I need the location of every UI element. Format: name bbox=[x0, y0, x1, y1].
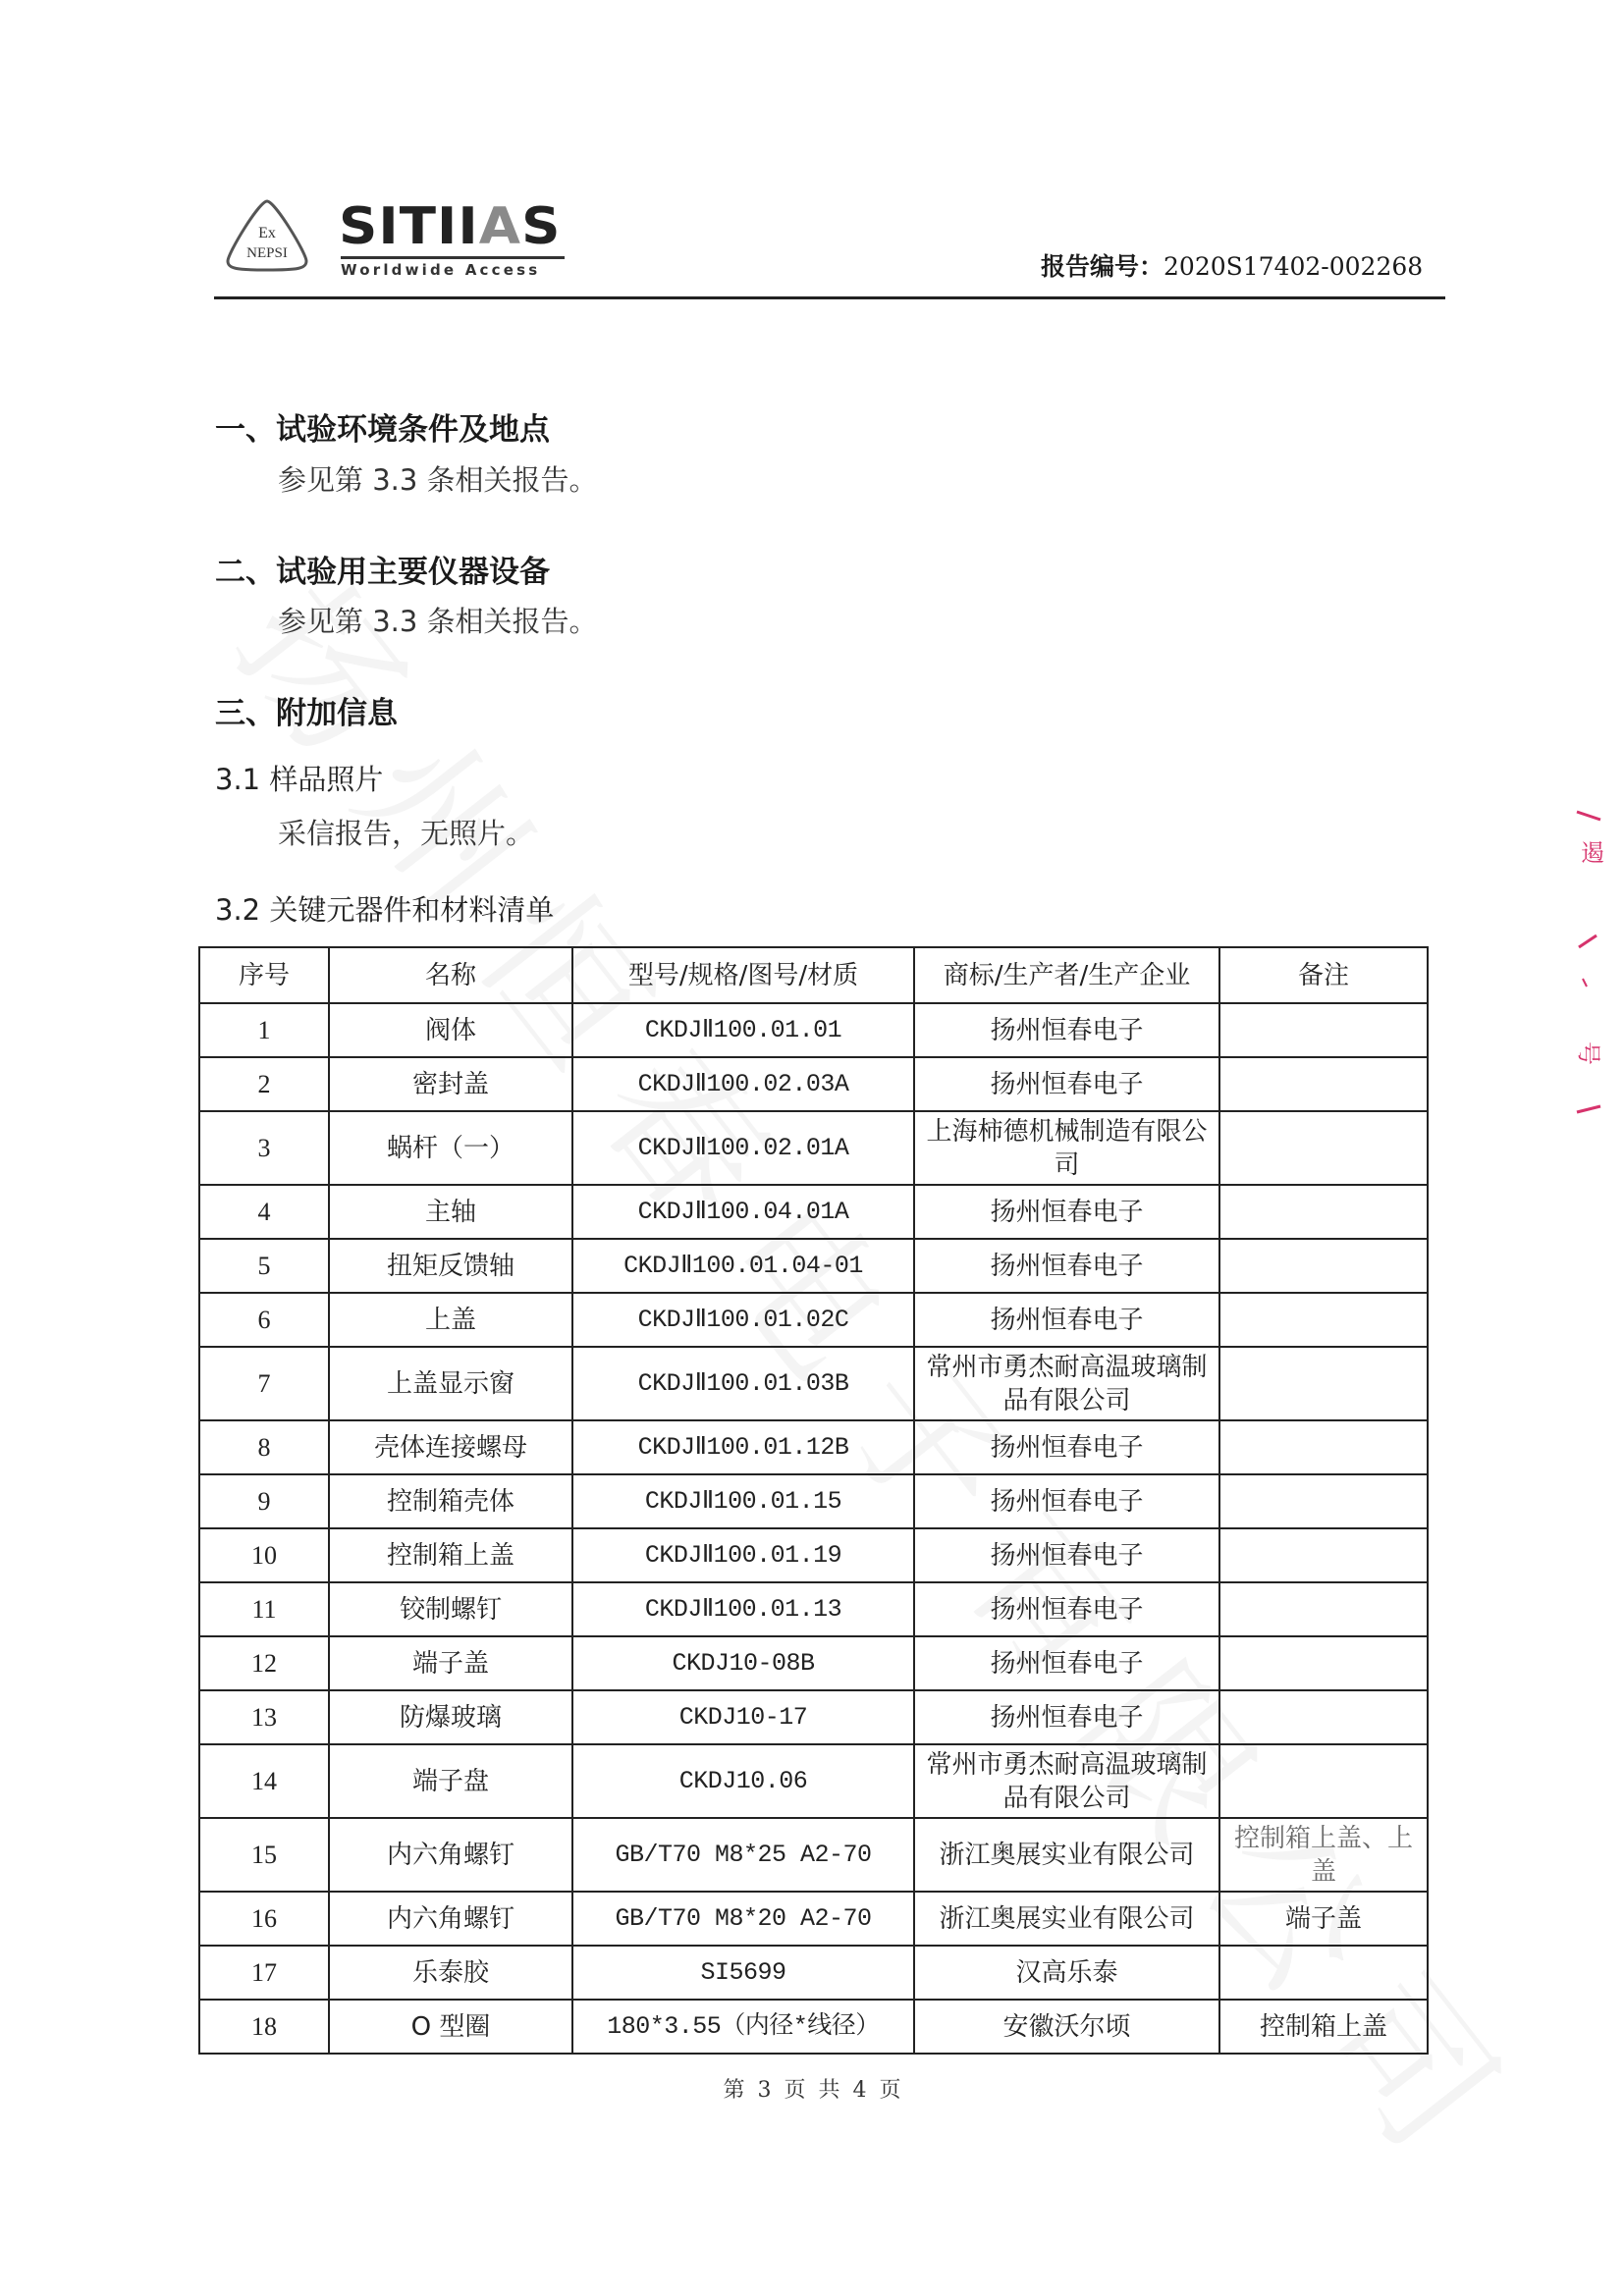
row-number: 18 bbox=[199, 2000, 329, 2054]
remarks bbox=[1219, 1582, 1428, 1636]
remarks bbox=[1219, 1420, 1428, 1474]
manufacturer: 汉高乐泰 bbox=[914, 1946, 1219, 2000]
row-number: 5 bbox=[199, 1239, 329, 1293]
report-number-value: 2020S17402-002268 bbox=[1164, 252, 1423, 281]
table-row: 1阀体CKDJⅡ100.01.01扬州恒春电子 bbox=[199, 1003, 1428, 1057]
model-spec: CKDJⅡ100.01.13 bbox=[572, 1582, 914, 1636]
svg-text:遏: 遏 bbox=[1581, 839, 1604, 867]
row-number: 13 bbox=[199, 1690, 329, 1744]
component-name: 控制箱上盖 bbox=[329, 1528, 572, 1582]
nepsi-ex-logo: Ex NEPSI bbox=[224, 198, 310, 273]
table-row: 11铰制螺钉CKDJⅡ100.01.13扬州恒春电子 bbox=[199, 1582, 1428, 1636]
component-name: O 型圈 bbox=[329, 2000, 572, 2054]
component-name: 主轴 bbox=[329, 1185, 572, 1239]
subsection-body-3-1: 采信报告，无照片。 bbox=[278, 812, 534, 852]
component-name: 壳体连接螺母 bbox=[329, 1420, 572, 1474]
key-components-table: 序号 名称 型号/规格/图号/材质 商标/生产者/生产企业 备注 1阀体CKDJ… bbox=[198, 946, 1429, 2055]
row-number: 10 bbox=[199, 1528, 329, 1582]
remarks: 控制箱上盖 bbox=[1219, 2000, 1428, 2054]
section-heading-3: 三、附加信息 bbox=[215, 688, 398, 732]
remarks bbox=[1219, 1946, 1428, 2000]
model-spec: CKDJ10-17 bbox=[572, 1690, 914, 1744]
row-number: 4 bbox=[199, 1185, 329, 1239]
manufacturer: 扬州恒春电子 bbox=[914, 1474, 1219, 1528]
col-header-note: 备注 bbox=[1219, 947, 1428, 1003]
row-number: 14 bbox=[199, 1744, 329, 1818]
manufacturer: 扬州恒春电子 bbox=[914, 1293, 1219, 1347]
remarks bbox=[1219, 1293, 1428, 1347]
row-number: 1 bbox=[199, 1003, 329, 1057]
table-row: 3蜗杆（一）CKDJⅡ100.02.01A上海柿德机械制造有限公司 bbox=[199, 1111, 1428, 1185]
component-name: 端子盖 bbox=[329, 1636, 572, 1690]
seal-stamp-mark: 遏 号 bbox=[1571, 800, 1610, 1124]
table-row: 9控制箱壳体CKDJⅡ100.01.15扬州恒春电子 bbox=[199, 1474, 1428, 1528]
model-spec: CKDJⅡ100.01.03B bbox=[572, 1347, 914, 1420]
table-header-row: 序号 名称 型号/规格/图号/材质 商标/生产者/生产企业 备注 bbox=[199, 947, 1428, 1003]
model-spec: GB/T70 M8*20 A2-70 bbox=[572, 1892, 914, 1946]
col-header-model: 型号/规格/图号/材质 bbox=[572, 947, 914, 1003]
row-number: 3 bbox=[199, 1111, 329, 1185]
remarks bbox=[1219, 1474, 1428, 1528]
header-divider bbox=[214, 296, 1445, 299]
table-row: 13防爆玻璃CKDJ10-17扬州恒春电子 bbox=[199, 1690, 1428, 1744]
page-footer: 第 3 页 共 4 页 bbox=[0, 2073, 1624, 2104]
table-row: 14端子盘CKDJ10.06常州市勇杰耐高温玻璃制品有限公司 bbox=[199, 1744, 1428, 1818]
manufacturer: 扬州恒春电子 bbox=[914, 1185, 1219, 1239]
manufacturer: 扬州恒春电子 bbox=[914, 1582, 1219, 1636]
sitiias-logo: SITIIAS Worldwide Access bbox=[339, 199, 569, 278]
manufacturer: 上海柿德机械制造有限公司 bbox=[914, 1111, 1219, 1185]
component-name: 端子盘 bbox=[329, 1744, 572, 1818]
model-spec: CKDJⅡ100.02.03A bbox=[572, 1057, 914, 1111]
section-heading-1: 一、试验环境条件及地点 bbox=[215, 404, 550, 449]
row-number: 16 bbox=[199, 1892, 329, 1946]
manufacturer: 扬州恒春电子 bbox=[914, 1420, 1219, 1474]
row-number: 15 bbox=[199, 1818, 329, 1892]
model-spec: CKDJⅡ100.01.19 bbox=[572, 1528, 914, 1582]
manufacturer: 安徽沃尔顷 bbox=[914, 2000, 1219, 2054]
section-body-2: 参见第 3.3 条相关报告。 bbox=[278, 600, 598, 640]
col-header-name: 名称 bbox=[329, 947, 572, 1003]
subsection-title-3-1: 3.1 样品照片 bbox=[215, 758, 383, 798]
component-name: 密封盖 bbox=[329, 1057, 572, 1111]
model-spec: CKDJⅡ100.01.01 bbox=[572, 1003, 914, 1057]
col-header-no: 序号 bbox=[199, 947, 329, 1003]
remarks bbox=[1219, 1636, 1428, 1690]
row-number: 2 bbox=[199, 1057, 329, 1111]
row-number: 6 bbox=[199, 1293, 329, 1347]
component-name: 防爆玻璃 bbox=[329, 1690, 572, 1744]
model-spec: 180*3.55（内径*线径） bbox=[572, 2000, 914, 2054]
table-row: 6上盖CKDJⅡ100.01.02C扬州恒春电子 bbox=[199, 1293, 1428, 1347]
manufacturer: 浙江奥展实业有限公司 bbox=[914, 1892, 1219, 1946]
row-number: 7 bbox=[199, 1347, 329, 1420]
col-header-maker: 商标/生产者/生产企业 bbox=[914, 947, 1219, 1003]
report-number-label: 报告编号： bbox=[1041, 252, 1164, 281]
remarks bbox=[1219, 1003, 1428, 1057]
svg-text:号: 号 bbox=[1575, 1041, 1602, 1065]
model-spec: CKDJⅡ100.02.01A bbox=[572, 1111, 914, 1185]
component-name: 上盖显示窗 bbox=[329, 1347, 572, 1420]
model-spec: CKDJⅡ100.01.04-01 bbox=[572, 1239, 914, 1293]
model-spec: CKDJⅡ100.04.01A bbox=[572, 1185, 914, 1239]
table-row: 2密封盖CKDJⅡ100.02.03A扬州恒春电子 bbox=[199, 1057, 1428, 1111]
model-spec: SI5699 bbox=[572, 1946, 914, 2000]
brand-tagline: Worldwide Access bbox=[341, 261, 540, 279]
component-name: 乐泰胶 bbox=[329, 1946, 572, 2000]
manufacturer: 扬州恒春电子 bbox=[914, 1636, 1219, 1690]
model-spec: CKDJ10-08B bbox=[572, 1636, 914, 1690]
remarks bbox=[1219, 1185, 1428, 1239]
section-heading-2: 二、试验用主要仪器设备 bbox=[215, 547, 550, 591]
svg-text:NEPSI: NEPSI bbox=[246, 245, 288, 261]
brand-underline bbox=[341, 256, 565, 259]
manufacturer: 常州市勇杰耐高温玻璃制品有限公司 bbox=[914, 1347, 1219, 1420]
subsection-title-3-2: 3.2 关键元器件和材料清单 bbox=[215, 888, 554, 929]
table-row: 5扭矩反馈轴CKDJⅡ100.01.04-01扬州恒春电子 bbox=[199, 1239, 1428, 1293]
model-spec: GB/T70 M8*25 A2-70 bbox=[572, 1818, 914, 1892]
manufacturer: 扬州恒春电子 bbox=[914, 1239, 1219, 1293]
table-row: 10控制箱上盖CKDJⅡ100.01.19扬州恒春电子 bbox=[199, 1528, 1428, 1582]
model-spec: CKDJⅡ100.01.02C bbox=[572, 1293, 914, 1347]
section-body-1: 参见第 3.3 条相关报告。 bbox=[278, 458, 598, 499]
component-name: 内六角螺钉 bbox=[329, 1892, 572, 1946]
table-row: 18O 型圈180*3.55（内径*线径）安徽沃尔顷控制箱上盖 bbox=[199, 2000, 1428, 2054]
component-name: 阀体 bbox=[329, 1003, 572, 1057]
model-spec: CKDJ10.06 bbox=[572, 1744, 914, 1818]
table-row: 15内六角螺钉GB/T70 M8*25 A2-70浙江奥展实业有限公司控制箱上盖… bbox=[199, 1818, 1428, 1892]
remarks: 端子盖 bbox=[1219, 1892, 1428, 1946]
remarks bbox=[1219, 1111, 1428, 1185]
table-row: 16内六角螺钉GB/T70 M8*20 A2-70浙江奥展实业有限公司端子盖 bbox=[199, 1892, 1428, 1946]
remarks bbox=[1219, 1239, 1428, 1293]
row-number: 8 bbox=[199, 1420, 329, 1474]
manufacturer: 扬州恒春电子 bbox=[914, 1057, 1219, 1111]
remarks bbox=[1219, 1690, 1428, 1744]
row-number: 12 bbox=[199, 1636, 329, 1690]
component-name: 扭矩反馈轴 bbox=[329, 1239, 572, 1293]
remarks: 控制箱上盖、上盖 bbox=[1219, 1818, 1428, 1892]
row-number: 17 bbox=[199, 1946, 329, 2000]
manufacturer: 扬州恒春电子 bbox=[914, 1003, 1219, 1057]
model-spec: CKDJⅡ100.01.15 bbox=[572, 1474, 914, 1528]
manufacturer: 浙江奥展实业有限公司 bbox=[914, 1818, 1219, 1892]
manufacturer: 常州市勇杰耐高温玻璃制品有限公司 bbox=[914, 1744, 1219, 1818]
report-number: 报告编号：2020S17402-002268 bbox=[1041, 247, 1423, 283]
table-row: 12端子盖CKDJ10-08B扬州恒春电子 bbox=[199, 1636, 1428, 1690]
component-name: 蜗杆（一） bbox=[329, 1111, 572, 1185]
component-name: 控制箱壳体 bbox=[329, 1474, 572, 1528]
remarks bbox=[1219, 1057, 1428, 1111]
svg-text:Ex: Ex bbox=[258, 225, 276, 241]
manufacturer: 扬州恒春电子 bbox=[914, 1690, 1219, 1744]
model-spec: CKDJⅡ100.01.12B bbox=[572, 1420, 914, 1474]
component-name: 上盖 bbox=[329, 1293, 572, 1347]
component-name: 内六角螺钉 bbox=[329, 1818, 572, 1892]
remarks bbox=[1219, 1744, 1428, 1818]
table-row: 17乐泰胶SI5699汉高乐泰 bbox=[199, 1946, 1428, 2000]
table-row: 4主轴CKDJⅡ100.04.01A扬州恒春电子 bbox=[199, 1185, 1428, 1239]
remarks bbox=[1219, 1347, 1428, 1420]
row-number: 9 bbox=[199, 1474, 329, 1528]
row-number: 11 bbox=[199, 1582, 329, 1636]
brand-name: SITIIAS bbox=[339, 199, 561, 254]
component-name: 铰制螺钉 bbox=[329, 1582, 572, 1636]
remarks bbox=[1219, 1528, 1428, 1582]
manufacturer: 扬州恒春电子 bbox=[914, 1528, 1219, 1582]
table-row: 7上盖显示窗CKDJⅡ100.01.03B常州市勇杰耐高温玻璃制品有限公司 bbox=[199, 1347, 1428, 1420]
table-row: 8壳体连接螺母CKDJⅡ100.01.12B扬州恒春电子 bbox=[199, 1420, 1428, 1474]
